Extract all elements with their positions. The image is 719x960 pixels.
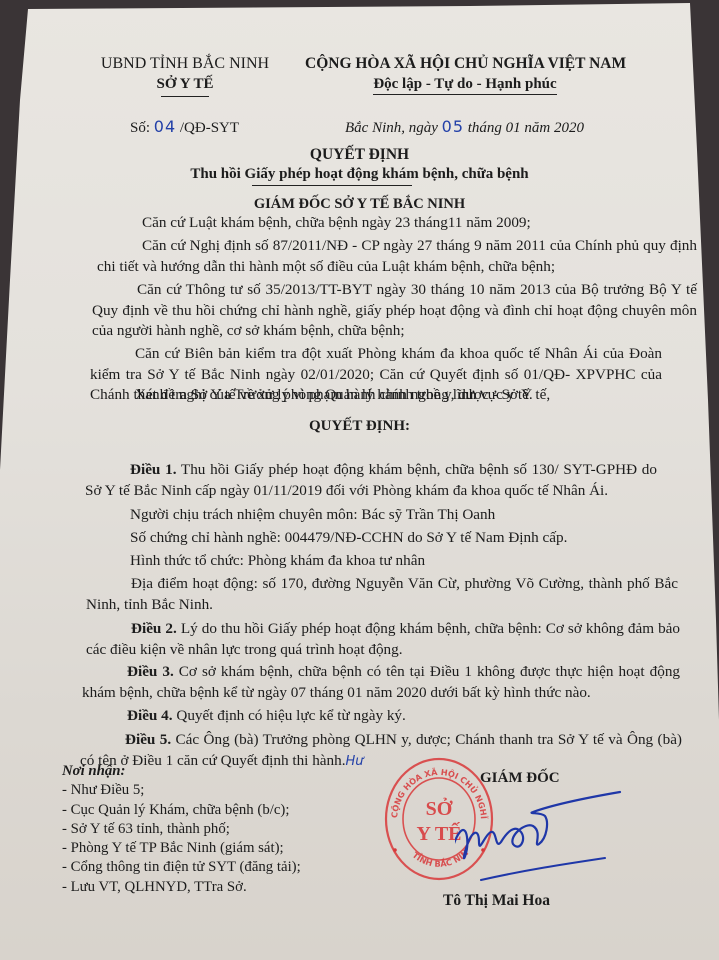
national-header-block: CỘNG HÒA XÃ HỘI CHỦ NGHĨA VIỆT NAM Độc l…: [305, 54, 625, 95]
document-title: QUYẾT ĐỊNH: [0, 146, 719, 164]
article-1-detail: Số chứng chỉ hành nghề: 004479/NĐ-CCHN d…: [85, 528, 685, 549]
handwritten-number: 04: [154, 117, 176, 136]
preamble-paragraph: Xét đề nghị của Trưởng phòng Quản lý hàn…: [90, 385, 690, 406]
department-name: SỞ Y TẾ: [100, 74, 270, 94]
recipient-item: - Lưu VT, QLHNYD, TTra Sở.: [62, 878, 301, 897]
handwritten-day: 05: [442, 117, 464, 136]
preamble-paragraph: Căn cứ Luật khám bệnh, chữa bệnh ngày 23…: [97, 213, 697, 234]
recipients-title: Nơi nhận:: [62, 762, 301, 781]
signer-name: Tô Thị Mai Hoa: [443, 892, 550, 910]
article-3: Điều 3. Cơ sở khám bệnh, chữa bệnh có tê…: [82, 662, 680, 703]
number-label: Số:: [130, 120, 150, 136]
article-1-detail: Hình thức tổ chức: Phòng khám đa khoa tư…: [85, 551, 685, 572]
issuer-heading: GIÁM ĐỐC SỞ Y TẾ BẮC NINH: [0, 196, 719, 213]
nation-name: CỘNG HÒA XÃ HỘI CHỦ NGHĨA VIỆT NAM: [305, 54, 625, 74]
department-underline: [161, 96, 209, 97]
article-label: Điều 4.: [127, 707, 173, 724]
article-2: Điều 2. Lý do thu hồi Giấy phép hoạt độn…: [86, 619, 680, 660]
date-prefix: Bắc Ninh, ngày: [345, 120, 438, 136]
subtitle-underline: [252, 185, 412, 186]
date-suffix: tháng 01 năm 2020: [468, 120, 584, 136]
number-suffix: /QĐ-SYT: [180, 120, 239, 136]
recipients-list: Nơi nhận: - Như Điều 5; - Cục Quản lý Kh…: [62, 762, 301, 897]
article-4: Điều 4. Quyết định có hiệu lực kể từ ngà…: [82, 706, 682, 727]
seal-center-line1: SỞ: [426, 797, 453, 820]
article-label: Điều 3.: [127, 663, 174, 680]
document-subtitle: Thu hồi Giấy phép hoạt động khám bệnh, c…: [0, 166, 719, 183]
handwritten-initial: Hư: [346, 754, 364, 769]
article-text: Quyết định có hiệu lực kể từ ngày ký.: [173, 707, 406, 724]
authority-name: UBND TỈNH BẮC NINH: [100, 54, 270, 74]
recipient-item: - Phòng Y tế TP Bắc Ninh (giám sát);: [62, 839, 301, 858]
article-1-detail: Địa điểm hoạt động: số 170, đường Nguyễn…: [86, 574, 678, 615]
recipient-item: - Sở Y tế 63 tỉnh, thành phố;: [62, 820, 301, 839]
national-motto: Độc lập - Tự do - Hạnh phúc: [373, 74, 556, 95]
recipient-item: - Như Điều 5;: [62, 781, 301, 800]
document-date: Bắc Ninh, ngày 05 tháng 01 năm 2020: [345, 117, 584, 137]
article-1-detail: Người chịu trách nhiệm chuyên môn: Bác s…: [85, 505, 685, 526]
document-number: Số: 04 /QĐ-SYT: [130, 117, 239, 137]
article-label: Điều 5.: [125, 731, 171, 748]
article-label: Điều 1.: [130, 461, 176, 478]
preamble-paragraph: Căn cứ Thông tư số 35/2013/TT-BYT ngày 3…: [92, 280, 697, 342]
decision-heading: QUYẾT ĐỊNH:: [0, 418, 719, 435]
handwritten-signature-icon: [455, 782, 625, 892]
recipient-item: - Cổng thông tin điện tử SYT (đăng tải);: [62, 858, 301, 877]
issuing-authority-block: UBND TỈNH BẮC NINH SỞ Y TẾ: [100, 54, 270, 97]
preamble-paragraph: Căn cứ Nghị định số 87/2011/NĐ - CP ngày…: [97, 236, 697, 277]
article-1: Điều 1. Thu hồi Giấy phép hoạt động khám…: [85, 460, 657, 501]
article-label: Điều 2.: [131, 620, 177, 637]
recipient-item: - Cục Quản lý Khám, chữa bệnh (b/c);: [62, 801, 301, 820]
